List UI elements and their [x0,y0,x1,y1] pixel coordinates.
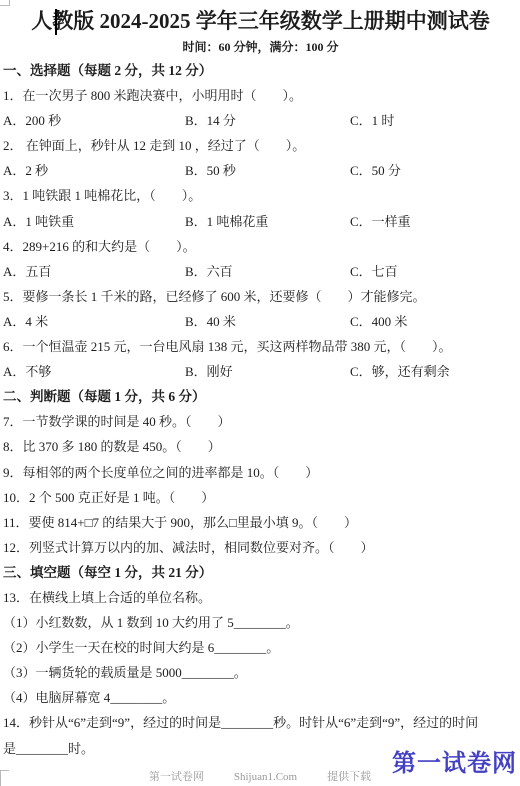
option-a: A．4 米 [3,309,185,334]
test-paper-page: 人教版 2024-2025 学年三年级数学上册期中测试卷 时间：60 分钟，满分… [0,0,520,786]
option-c: C．50 分 [350,158,518,183]
section-heading-judge: 二、判断题（每题 1 分，共 6 分） [3,384,518,409]
option-c: C．一样重 [350,209,518,234]
option-b: B．14 分 [185,108,350,133]
option-b: B．50 秒 [185,158,350,183]
option-a: A．不够 [3,359,185,384]
question-14-line-1: 14．秒针从“6”走到“9”，经过的时间是________秒。时针从“6”走到“… [3,710,518,735]
page-title: 人教版 2024-2025 学年三年级数学上册期中测试卷 [3,6,518,36]
question-13: 13．在横线上填上合适的单位名称。 [3,585,518,610]
page-margin-mark-top-left [0,0,10,6]
section-heading-choice: 一、选择题（每题 2 分，共 12 分） [3,58,518,83]
option-b: B．40 米 [185,309,350,334]
question-2-options: A．2 秒 B．50 秒 C．50 分 [3,158,518,183]
text-cursor [55,9,57,35]
section-heading-fill-blank: 三、填空题（每空 1 分，共 21 分） [3,560,518,585]
question-5: 5．要修一条长 1 千米的路，已经修了 600 米，还要修（ ）才能修完。 [3,284,518,309]
question-10: 10．2 个 500 克正好是 1 吨。（ ） [3,485,518,510]
question-13-sub-3: （3）一辆货轮的载质量是 5000________。 [3,660,518,685]
option-b: B．1 吨棉花重 [185,209,350,234]
question-2: 2． 在钟面上，秒针从 12 走到 10 ，经过了（ ）。 [3,133,518,158]
site-watermark: 第一试卷网 [392,751,517,777]
option-b: B．六百 [185,259,350,284]
question-13-sub-4: （4）电脑屏幕宽 4________。 [3,685,518,710]
option-a: A．五百 [3,259,185,284]
question-13-sub-1: （1）小红数数，从 1 数到 10 大约用了 5________。 [3,610,518,635]
question-3: 3．1 吨铁跟 1 吨棉花比，（ ）。 [3,183,518,208]
option-a: A．2 秒 [3,158,185,183]
question-6: 6．一个恒温壶 215 元，一台电风扇 138 元，买这两样物品带 380 元，… [3,334,518,359]
footer-site-name: 第一试卷网 [149,770,204,784]
option-b: B．刚好 [185,359,350,384]
exam-info: 时间：60 分钟，满分：100 分 [3,36,518,58]
option-c: C．1 时 [350,108,518,133]
option-a: A．1 吨铁重 [3,209,185,234]
footer-site-url: Shijuan1.Com [234,770,297,784]
question-6-options: A．不够 B．刚好 C．够，还有剩余 [3,359,518,384]
option-c: C．400 米 [350,309,518,334]
option-c: C．够，还有剩余 [350,359,518,384]
question-8: 8．比 370 多 180 的数是 450。（ ） [3,434,518,459]
question-7: 7．一节数学课的时间是 40 秒。（ ） [3,409,518,434]
option-a: A．200 秒 [3,108,185,133]
question-1-options: A．200 秒 B．14 分 C．1 时 [3,108,518,133]
footer-download-label: 提供下载 [327,770,371,784]
question-1: 1．在一次男子 800 米跑决赛中，小明用时（ ）。 [3,83,518,108]
question-5-options: A．4 米 B．40 米 C．400 米 [3,309,518,334]
question-4: 4．289+216 的和大约是（ ）。 [3,234,518,259]
question-11: 11．要使 814+□7 的结果大于 900，那么□里最小填 9。（ ） [3,510,518,535]
question-9: 9．每相邻的两个长度单位之间的进率都是 10。（ ） [3,460,518,485]
option-c: C．七百 [350,259,518,284]
question-12: 12．列竖式计算万以内的加、减法时，相同数位要对齐。（ ） [3,535,518,560]
question-13-sub-2: （2）小学生一天在校的时间大约是 6________。 [3,635,518,660]
question-4-options: A．五百 B．六百 C．七百 [3,259,518,284]
question-3-options: A．1 吨铁重 B．1 吨棉花重 C．一样重 [3,209,518,234]
